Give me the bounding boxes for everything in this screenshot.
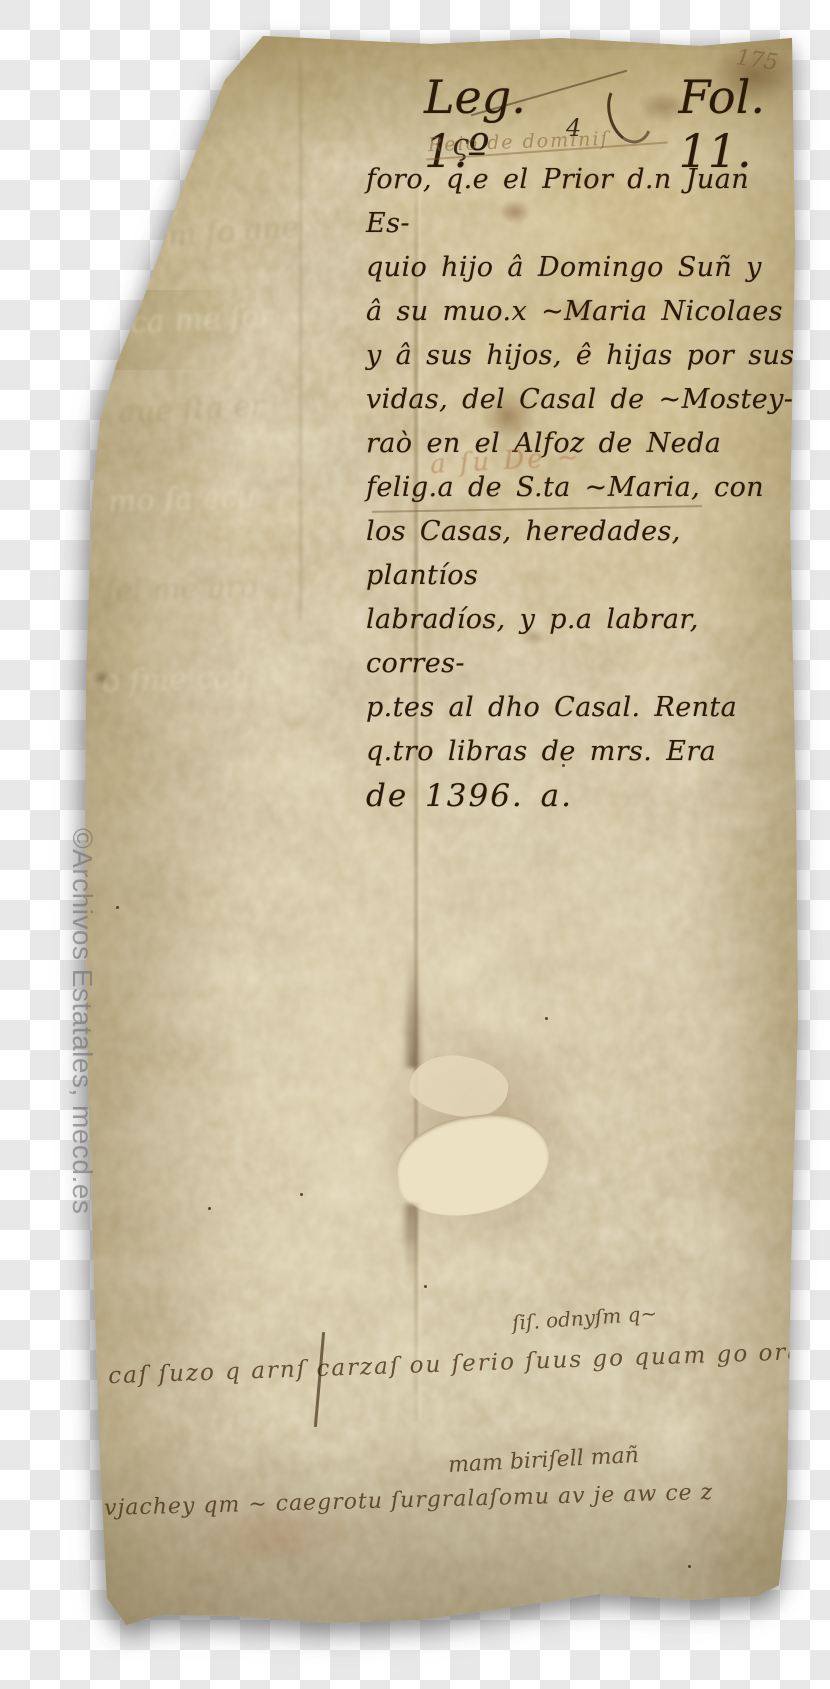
- body-line-year: de 1396. a.: [366, 774, 802, 818]
- body-line: foro, q.e el Prior d.n Juan Es-: [366, 158, 802, 246]
- transparency-canvas: em ſo ane ca me ſor aue ſta er mo ſa ecu…: [0, 0, 830, 1689]
- body-line: los Casas, heredades, plantíos: [366, 510, 802, 598]
- ghost-text-line: o ſme cau: [101, 659, 251, 699]
- ghost-text-line: mo ſa ecu: [107, 479, 257, 519]
- parchment-document: em ſo ane ca me ſor aue ſta er mo ſa ecu…: [0, 0, 830, 1689]
- body-line: â su muo.x ~Maria Nicolaes: [366, 290, 802, 334]
- body-line: quio hijo â Domingo Suñ y: [366, 246, 802, 290]
- ghost-text-line: ca me ſor: [129, 298, 274, 340]
- body-line: vidas, del Casal de ~Mostey-: [366, 378, 802, 422]
- body-line: q.tro libras de mrs. Era: [366, 730, 802, 774]
- body-line: p.tes al dho Casal. Renta: [366, 686, 802, 730]
- manuscript-body: foro, q.e el Prior d.n Juan Es- quio hij…: [366, 158, 802, 818]
- parchment-shadow: em ſo ane ca me ſor aue ſta er mo ſa ecu…: [0, 0, 830, 1689]
- body-line: y â sus hijos, ê hijas por sus: [366, 334, 802, 378]
- archive-watermark: ©Archivos Estatales, mecd.es: [66, 828, 98, 1214]
- body-line: labradíos, y p.a labrar, corres-: [366, 598, 802, 686]
- ghost-text-line: ſel me aro: [103, 569, 258, 609]
